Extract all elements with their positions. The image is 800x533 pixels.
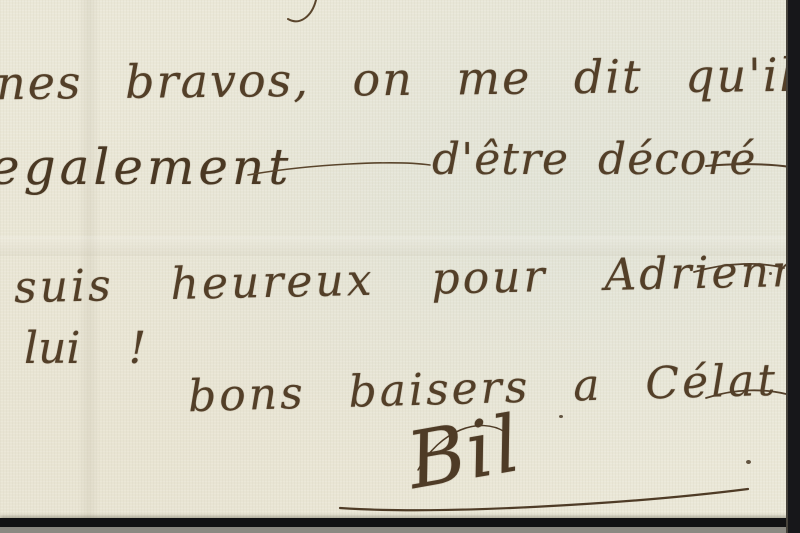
- handwriting-line-4: lui !: [24, 323, 146, 374]
- handwriting-line-1: nes bravos, on me dit qu'il: [0, 48, 797, 110]
- handwriting-line-2-right: d'être décoré: [432, 134, 756, 185]
- scanner-bed-strip: [0, 527, 800, 533]
- scan-edge-right: [786, 0, 800, 533]
- handwriting-line-2-left: egalement: [0, 138, 292, 196]
- scan-edge-bottom: [0, 518, 800, 527]
- ink-speck: [769, 272, 772, 275]
- ink-speck: [746, 460, 751, 464]
- ink-speck: [559, 415, 563, 418]
- scanned-letter: nes bravos, on me dit qu'il egalement d'…: [0, 0, 800, 533]
